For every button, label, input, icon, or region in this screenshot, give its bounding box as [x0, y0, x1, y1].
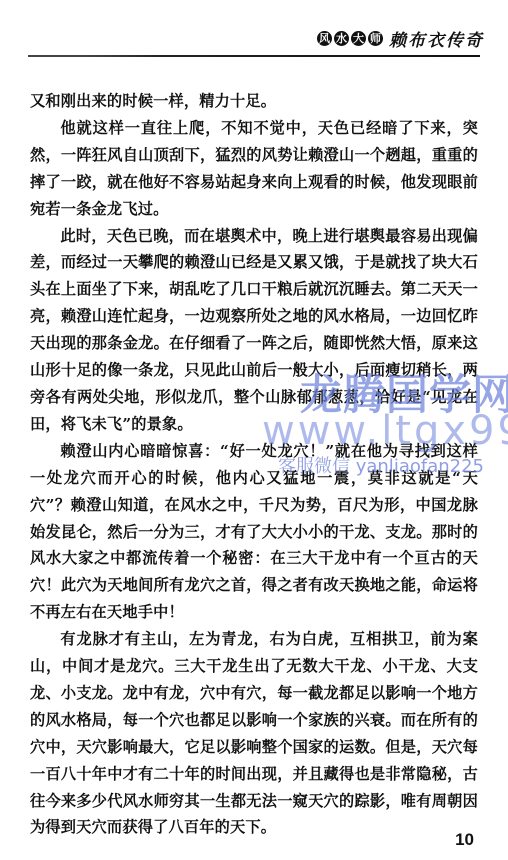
series-badge-feng: 风 — [317, 31, 332, 46]
running-header: 风 水 大 师 赖布衣传奇 — [0, 0, 508, 60]
paragraph-5: 有龙脉才有主山，左为青龙，右为白虎，互相拱卫，前为案山，中间才是龙穴。三大干龙生… — [30, 626, 478, 841]
series-badge-da: 大 — [351, 31, 366, 46]
book-title: 风 水 大 师 赖布衣传奇 — [317, 26, 484, 51]
page-body: 又和刚出来的时候一样，精力十足。 他就这样一直往上爬，不知不觉中，天色已经暗了下… — [30, 88, 478, 841]
paragraph-3: 此时，天色已晚，而在堪舆术中，晚上进行堪舆最容易出现偏差，而经过一天攀爬的赖澄山… — [30, 223, 478, 438]
page-number: 10 — [455, 830, 474, 850]
series-badge-shi: 师 — [368, 31, 383, 46]
header-divider — [28, 55, 480, 57]
paragraph-2: 他就这样一直往上爬，不知不觉中，天色已经暗了下来，突然，一阵狂风自山顶刮下，猛烈… — [30, 115, 478, 223]
book-title-text: 赖布衣传奇 — [389, 26, 484, 51]
paragraph-1: 又和刚出来的时候一样，精力十足。 — [30, 88, 478, 115]
paragraph-4: 赖澄山内心暗暗惊喜：“好一处龙穴！”就在他为寻找到这样一处龙穴而开心的时候，他内… — [30, 438, 478, 626]
series-badge-shui: 水 — [334, 31, 349, 46]
